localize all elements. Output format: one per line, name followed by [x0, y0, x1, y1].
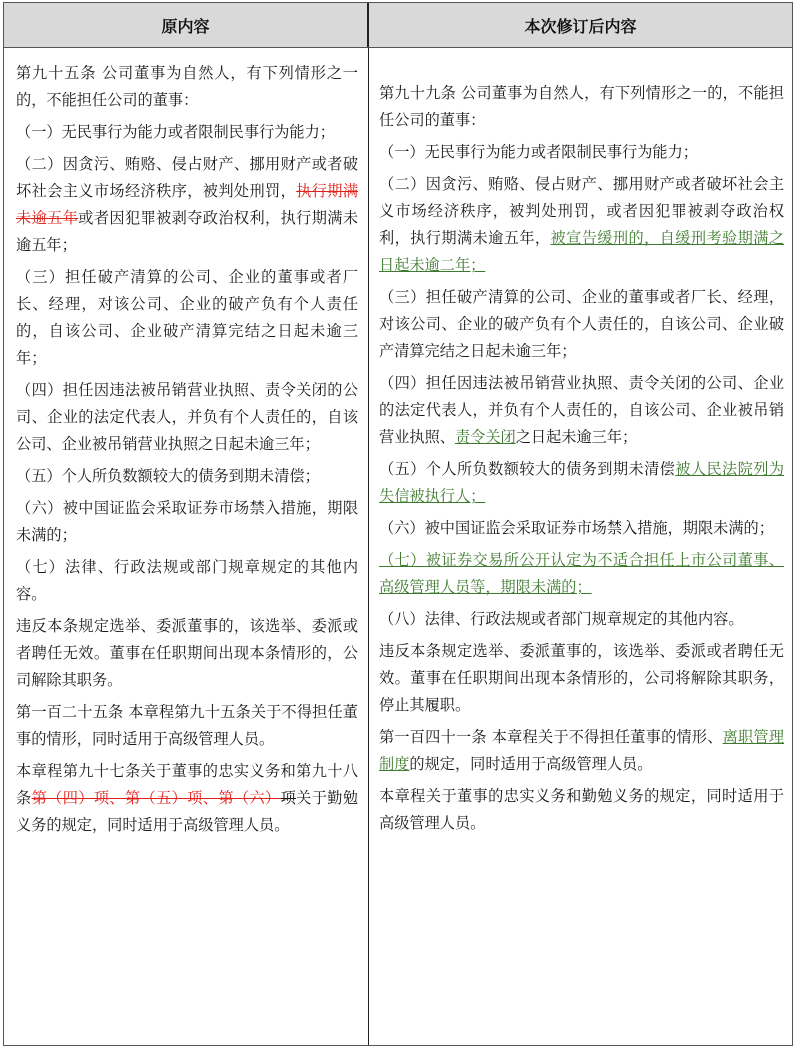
table-header-row: 原内容 本次修订后内容 [4, 3, 792, 48]
text: 第一百四十一条 本章程关于不得担任董事的情形、 [379, 728, 723, 746]
revised-violation-clause: 违反本条规定选举、委派董事的，该选举、委派或者聘任无效。董事在任职期间出现本条情… [379, 638, 784, 719]
original-item-3: （三）担任破产清算的公司、企业的董事或者厂长、经理，对该公司、企业的破产负有个人… [16, 264, 358, 372]
deleted-text: 第（四）项、第（五）项、第（六） [32, 789, 281, 807]
revised-article-99-intro: 第九十九条 公司董事为自然人，有下列情形之一的，不能担任公司的董事： [379, 80, 784, 134]
original-item-1: （一）无民事行为能力或者限制民事行为能力； [16, 119, 358, 146]
revision-comparison-table: 原内容 本次修订后内容 第九十五条 公司董事为自然人，有下列情形之一的，不能担任… [3, 2, 793, 1046]
revised-item-3: （三）担任破产清算的公司、企业的董事或者厂长、经理，对该公司、企业的破产负有个人… [379, 284, 784, 365]
inserted-text: 责令关闭 [455, 428, 516, 446]
original-item-6: （六）被中国证监会采取证券市场禁入措施，期限未满的； [16, 495, 358, 549]
revised-item-6: （六）被中国证监会采取证券市场禁入措施，期限未满的； [379, 515, 784, 542]
original-content-column: 第九十五条 公司董事为自然人，有下列情形之一的，不能担任公司的董事： （一）无民… [4, 48, 369, 1045]
original-violation-clause: 违反本条规定选举、委派董事的，该选举、委派或者聘任无效。董事在任职期间出现本条情… [16, 613, 358, 694]
revised-item-4: （四）担任因违法被吊销营业执照、责令关闭的公司、企业的法定代表人，并负有个人责任… [379, 370, 784, 451]
revised-item-8: （八）法律、行政法规或者部门规章规定的其他内容。 [379, 606, 784, 633]
revised-item-2: （二）因贪污、贿赂、侵占财产、挪用财产或者破坏社会主义市场经济秩序，被判处刑罚，… [379, 171, 784, 279]
original-item-7: （七）法律、行政法规或部门规章规定的其他内容。 [16, 554, 358, 608]
revised-duty-clause: 本章程关于董事的忠实义务和勤勉义务的规定，同时适用于高级管理人员。 [379, 783, 784, 837]
original-article-95-intro: 第九十五条 公司董事为自然人，有下列情形之一的，不能担任公司的董事： [16, 60, 358, 114]
revised-item-5: （五）个人所负数额较大的债务到期未清偿被人民法院列为失信被执行人； [379, 456, 784, 510]
inserted-text: （七）被证券交易所公开认定为不适合担任上市公司董事、高级管理人员等，期限未满的； [379, 551, 784, 596]
revised-item-7: （七）被证券交易所公开认定为不适合担任上市公司董事、高级管理人员等，期限未满的； [379, 547, 784, 601]
revised-article-141: 第一百四十一条 本章程关于不得担任董事的情形、离职管理制度的规定，同时适用于高级… [379, 724, 784, 778]
revised-content-column: 第九十九条 公司董事为自然人，有下列情形之一的，不能担任公司的董事： （一）无民… [369, 48, 792, 1045]
original-item-5: （五）个人所负数额较大的债务到期未清偿； [16, 463, 358, 490]
original-duty-clause: 本章程第九十七条关于董事的忠实义务和第九十八条第（四）项、第（五）项、第（六）项… [16, 758, 358, 839]
original-item-4: （四）担任因违法被吊销营业执照、责令关闭的公司、企业的法定代表人，并负有个人责任… [16, 377, 358, 458]
text: 的规定，同时适用于高级管理人员。 [409, 755, 652, 773]
table-body-row: 第九十五条 公司董事为自然人，有下列情形之一的，不能担任公司的董事： （一）无民… [4, 48, 792, 1045]
text: （五）个人所负数额较大的债务到期未清偿 [379, 460, 675, 478]
original-article-125: 第一百二十五条 本章程第九十五条关于不得担任董事的情形，同时适用于高级管理人员。 [16, 699, 358, 753]
revised-item-1: （一）无民事行为能力或者限制民事行为能力； [379, 139, 784, 166]
header-original: 原内容 [4, 3, 369, 47]
original-item-2: （二）因贪污、贿赂、侵占财产、挪用财产或者破坏社会主义市场经济秩序，被判处刑罚，… [16, 151, 358, 259]
deleted-text: 项 [281, 789, 297, 807]
header-revised: 本次修订后内容 [369, 3, 792, 47]
text: 之日起未逾三年； [516, 428, 638, 446]
